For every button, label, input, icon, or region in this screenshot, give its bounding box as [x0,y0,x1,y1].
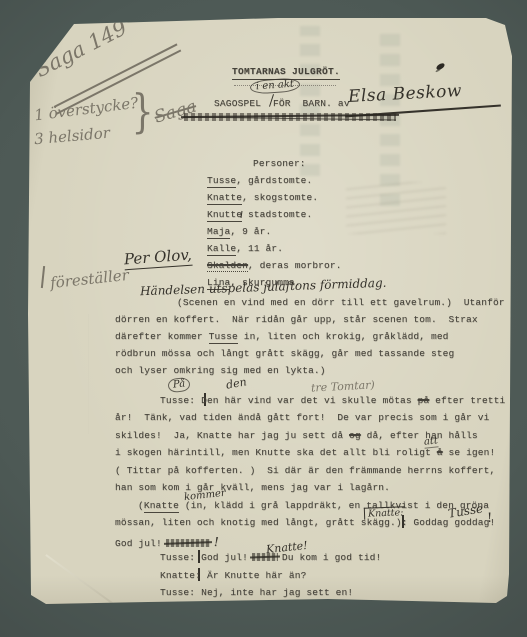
cast-row: Skalden, deras morbror. [207,260,342,272]
dialogue-text: Är Knutte här än? [207,570,306,581]
paper-crease [88,314,89,434]
cast-name: Maja [207,226,230,239]
paren: ( [138,500,144,511]
pencil-brace: } [132,84,154,138]
cast-name: Knutte [207,209,242,222]
dialogue-line: han som kom i går kväll, mens jag var i … [115,482,390,494]
cast-role: , 9 år. [230,226,271,237]
crossed-out-typed-line [184,113,396,121]
ink-correction-knatte-label: Knatte: [364,506,406,519]
author-signature: Elsa Beskow [348,81,463,107]
photo-backing: Saga 149 1 överstycke? 3 helsidor } Saga… [0,0,527,637]
ink-note-stage-time: Händelsen utspelas julaftons förmiddag. [140,276,387,299]
stage-direction-line: rödbrun mössa och långt grått skägg, går… [115,348,454,360]
character-name: Knatte [144,500,179,513]
dialogue-text: efter tretti [429,395,505,406]
cast-row: Tusse, gårdstomte. [207,175,312,187]
cast-name: Kalle [207,243,236,256]
dialogue-line: Tusse:Den här vind var det vi skulle möt… [160,395,505,407]
dialogue-text: Den här vind var det vi skulle mötas [201,395,417,406]
dialogue-line: ( Tittar på kofferten. ) Si där är den f… [115,465,495,477]
dialogue-text: Du kom i god tid! [282,552,381,563]
cast-name: Knatte [207,192,242,205]
speaker-label: Knatte: [160,570,201,581]
pencil-note-helsidor: 3 helsidor [33,124,110,149]
stage-text: in, liten och krokig, gråklädd, med [238,331,449,342]
dialogue-text: skildes! Ja, Knatte har jag ju sett då [115,430,349,441]
pencil-note-saga-number: Saga 149 [31,15,131,82]
stage-direction-line: dörren en koffert. När ridån går upp, st… [115,314,478,326]
stage-direction-line: därefter kommer Tusse in, liten och krok… [115,331,449,343]
dialogue-line: Knatte:Är Knutte här än? [160,570,306,582]
dialogue-line: i skogen härintill, men Knutte ska det a… [115,447,495,459]
scribbled-out-word [166,539,210,547]
dialogue-line: Tusse:Nej, inte har jag sett en! [160,587,353,599]
ink-blot [435,62,445,71]
speaker-label: Tusse: [160,552,195,563]
struck-word: og [349,430,361,441]
cast-heading: Personer: [253,158,306,170]
struck-word: på [418,395,430,406]
ink-exclamation: ! [214,535,219,549]
dialogue-text: då, efter han hålls [361,430,478,441]
ink-correction-den: den [225,375,248,391]
ink-correction-pa: På [167,377,191,393]
dialogue-text: Nej, inte har jag sett en! [201,587,353,598]
stage-entrance-line: mössan, liten och knotig med långt, gråt… [115,517,495,529]
speaker-label: Tusse: [160,395,195,406]
paper-crease [46,554,125,612]
stage-direction-line: (Scenen en vind med en dörr till ett gav… [177,297,505,309]
subtitle: SAGOSPEL FÖR BARN. av [214,98,350,110]
cast-row: Knatte, skogstomte. [207,192,318,204]
stage-direction-line: och lyser omkring sig med en lykta.) [115,365,326,377]
dialogue-line: år! Tänk, vad tiden ändå gått fort! De v… [115,412,489,424]
cast-name: Tusse [207,175,236,188]
dialogue-line: God jul!! [115,535,219,550]
pencil-correction-tre-tomtar: tre Tomtar) [311,378,375,394]
cast-row: Knutte stadstomte. [207,209,312,221]
cast-role: , skogstomte. [242,192,318,203]
pencil-note-forestaller: föreställer [49,266,129,292]
ink-exclamation: ! [487,511,492,526]
stage-text: därefter kommer [115,331,209,342]
cast-role: , deras morbror. [248,260,342,271]
cast-row: Maja, 9 år. [207,226,271,238]
speaker-label: Tusse: [160,587,195,598]
cast-name-crossed: Skalden [207,260,248,272]
manuscript-page: Saga 149 1 överstycke? 3 helsidor } Saga… [28,14,512,605]
erased-pencil-smudge [346,182,446,234]
dialogue-text: God jul! [201,552,248,563]
cast-row: Kalle, 11 år. [207,243,283,255]
dialogue-text: i skogen härintill, men Knutte ska det a… [115,447,437,458]
stage-text: (in, klädd i grå lappdräkt, en tallkvist… [179,500,489,511]
dialogue-text: se igen! [443,447,496,458]
character-name: Tusse [209,331,238,344]
cast-role: , 11 år. [236,243,283,254]
ink-note-per-olov: Per Olov, [123,246,192,271]
pencil-tick [41,266,45,288]
dialogue-text: God jul! [115,538,162,549]
pencil-note-saga-crossed: Saga [152,96,199,127]
cast-role: , gårdstomte. [236,175,312,186]
ink-correction-att: att [423,435,438,448]
cast-role: stadstomte. [242,209,312,220]
